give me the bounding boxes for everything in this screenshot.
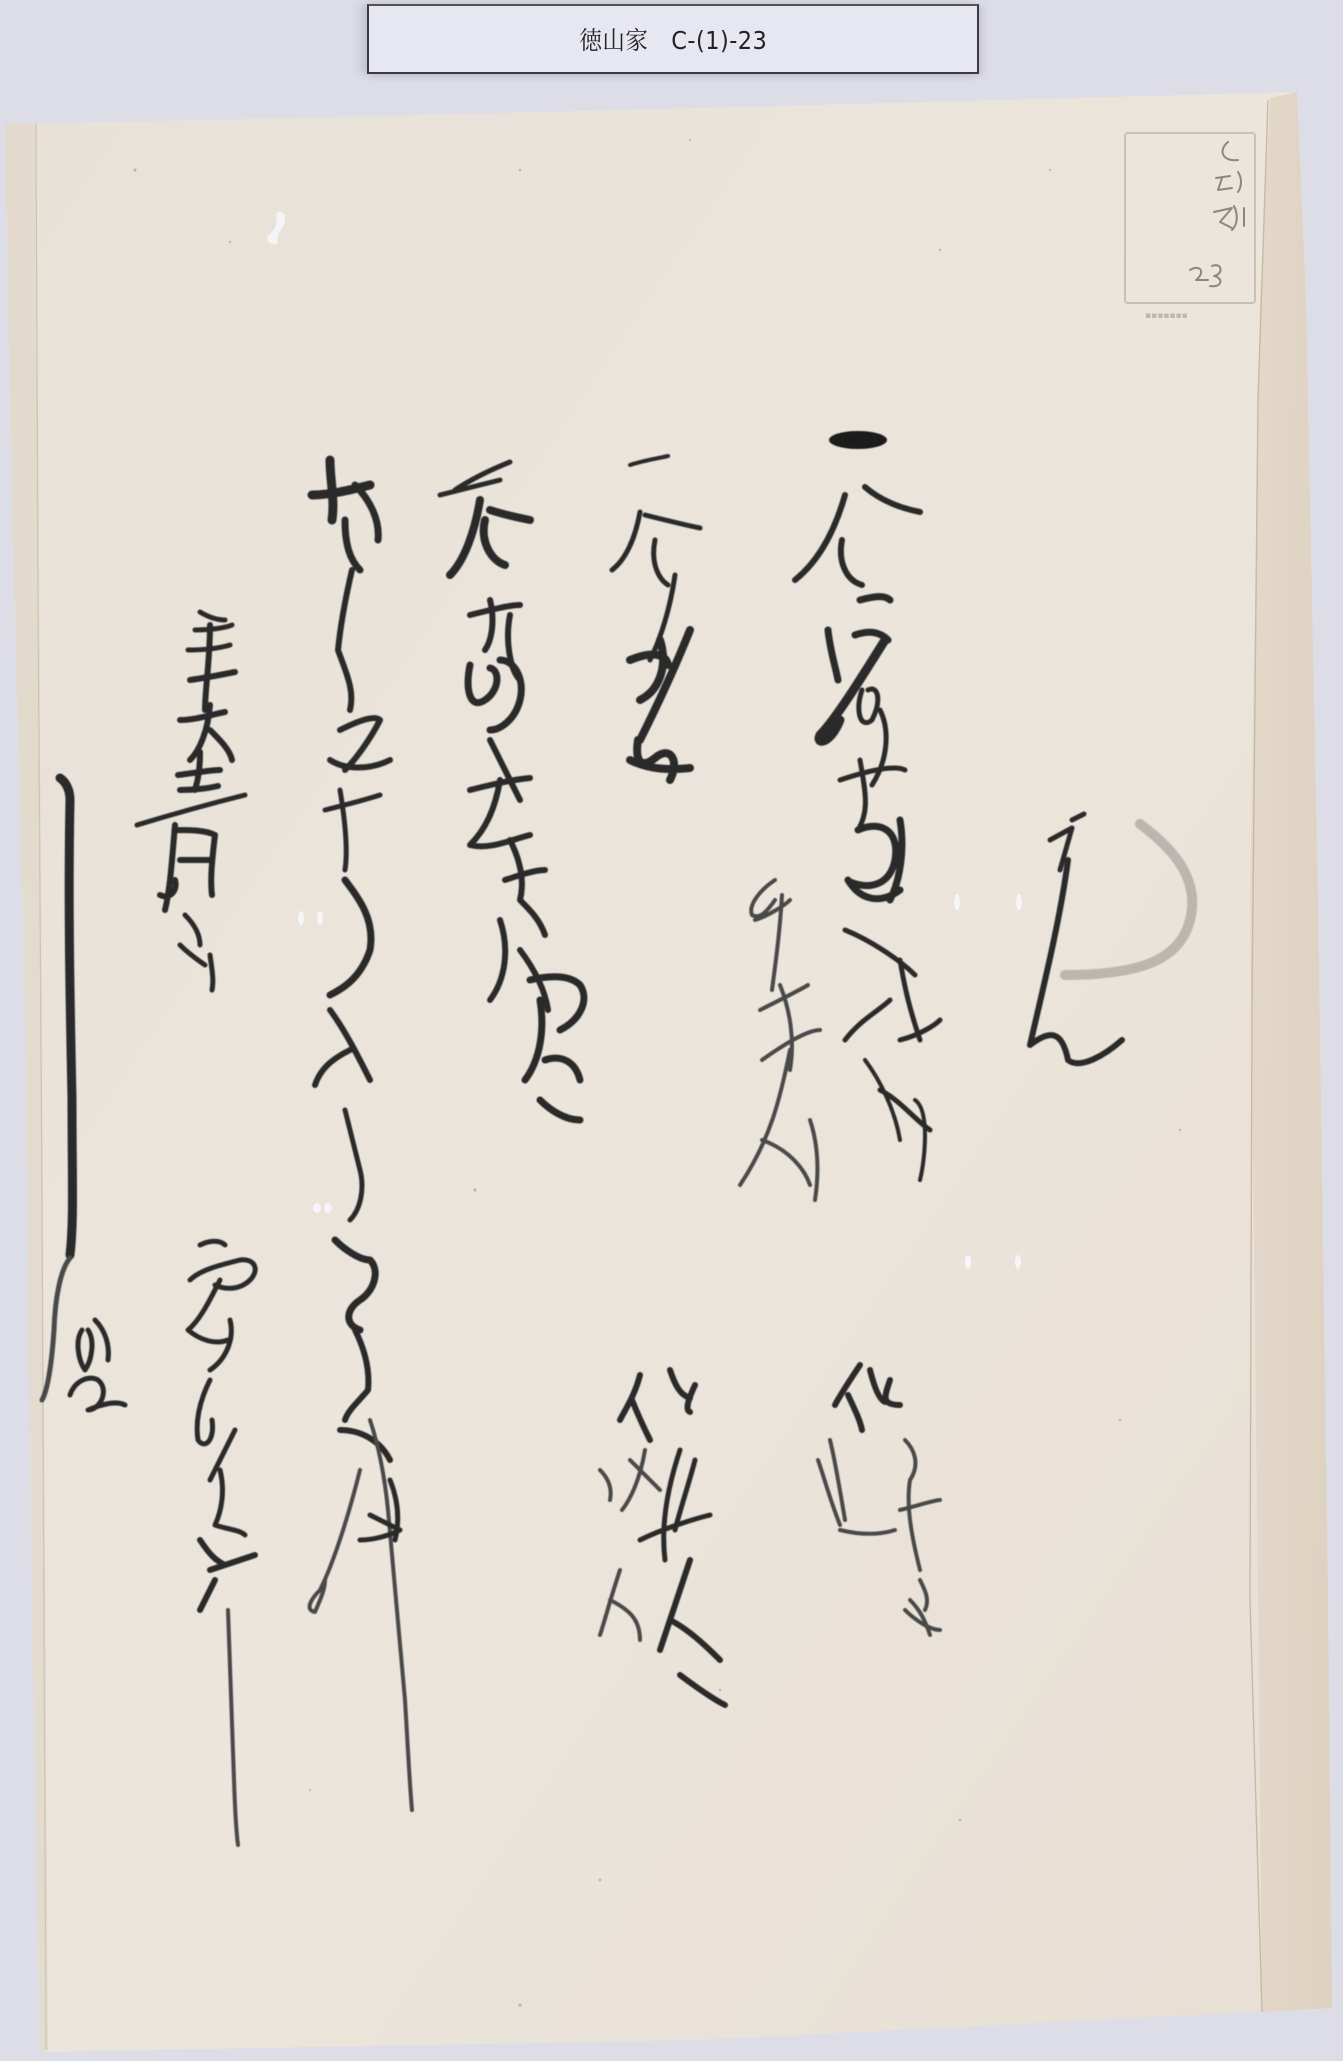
paper xyxy=(5,92,1332,2052)
svg-text:▪▪▪▪▪▪▪: ▪▪▪▪▪▪▪ xyxy=(1145,311,1188,321)
document-sheet: ▪▪▪▪▪▪▪ xyxy=(0,0,1343,2061)
